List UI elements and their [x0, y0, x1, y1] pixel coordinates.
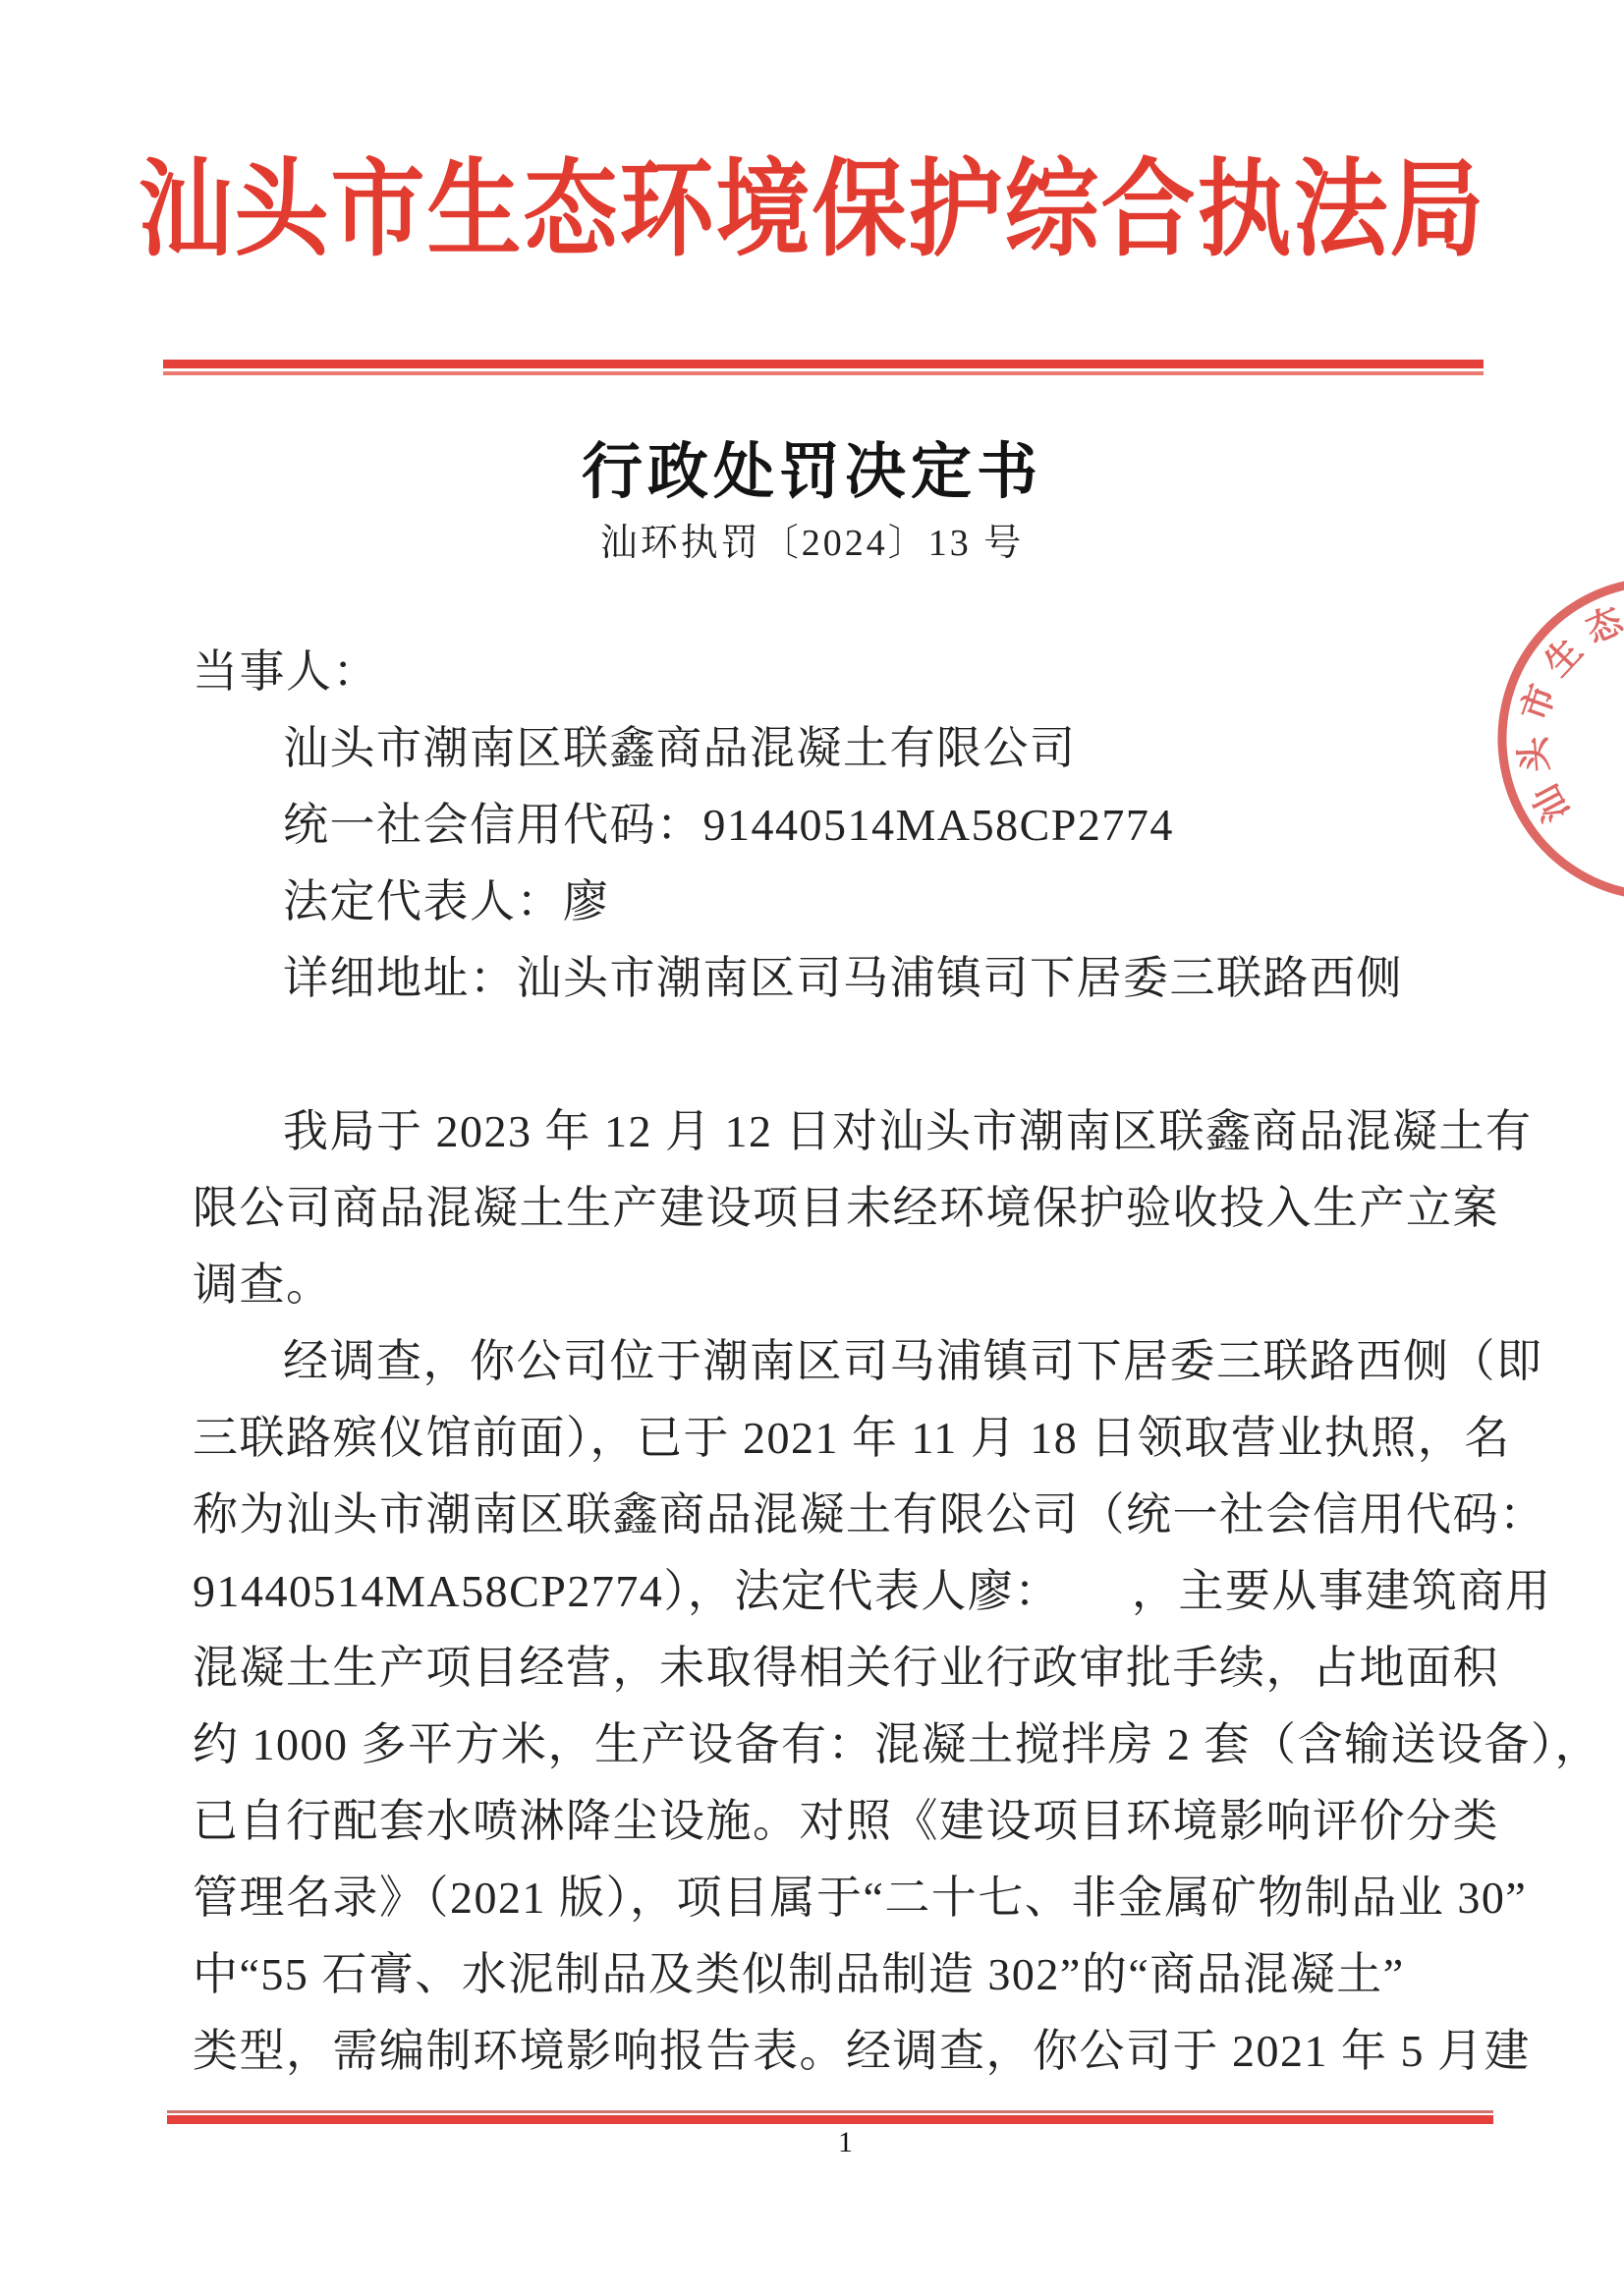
document-number: 汕环执罚〔2024〕13 号 [0, 512, 1624, 566]
page-number: 1 [838, 2126, 853, 2159]
body-line: 三联路殡仪馆前面），已于 2021 年 11 月 18 日领取营业执照，名 [193, 1400, 1487, 1477]
party-address: 详细地址：汕头市潮南区司马浦镇司下居委三联路西侧 [193, 940, 1487, 1017]
letterhead-divider-rule [163, 360, 1484, 375]
blank-line [193, 1017, 1487, 1093]
body-line: 类型，需编制环境影响报告表。经调查，你公司于 2021 年 5 月建 [193, 2013, 1487, 2090]
footer-divider-rule [167, 2110, 1493, 2124]
body-line: 经调查，你公司位于潮南区司马浦镇司下居委三联路西侧（即 [193, 1323, 1487, 1400]
body-line: 已自行配套水喷淋降尘设施。对照《建设项目环境影响评价分类 [193, 1783, 1487, 1860]
divider-rule-thick [163, 360, 1484, 368]
party-legal-representative: 法定代表人：廖 [193, 864, 1487, 940]
body-line: 调查。 [193, 1247, 1487, 1323]
document-body: 当事人： 汕头市潮南区联鑫商品混凝土有限公司 统一社会信用代码：91440514… [193, 634, 1487, 2090]
party-name: 汕头市潮南区联鑫商品混凝土有限公司 [193, 710, 1487, 787]
footer-rule-thick [167, 2115, 1493, 2124]
body-line: 限公司商品混凝土生产建设项目未经环境保护验收投入生产立案 [193, 1170, 1487, 1247]
party-credit-code: 统一社会信用代码：91440514MA58CP2774 [193, 787, 1487, 864]
body-line: 约 1000 多平方米，生产设备有：混凝土搅拌房 2 套（含输送设备）， [193, 1707, 1487, 1783]
agency-letterhead-title: 汕头市生态环境保护综合执法局 [0, 126, 1624, 276]
body-line: 称为汕头市潮南区联鑫商品混凝土有限公司（统一社会信用代码： [193, 1477, 1487, 1553]
body-line: 91440514MA58CP2774），法定代表人廖： ，主要从事建筑商用 [193, 1553, 1487, 1630]
document-title: 行政处罚决定书 [0, 422, 1624, 510]
body-line: 管理名录》（2021 版），项目属于“二十七、非金属矿物制品业 30” [193, 1860, 1487, 1936]
party-label: 当事人： [193, 634, 1487, 710]
divider-rule-thin [163, 371, 1484, 375]
body-line: 混凝土生产项目经营，未取得相关行业行政审批手续，占地面积 [193, 1630, 1487, 1707]
body-line: 我局于 2023 年 12 月 12 日对汕头市潮南区联鑫商品混凝土有 [193, 1093, 1487, 1170]
body-line: 中“55 石膏、水泥制品及类似制品制造 302”的“商品混凝土” [193, 1936, 1487, 2013]
document-page: 汕头市生态环境保护综合执法局 行政处罚决定书 汕环执罚〔2024〕13 号 当事… [0, 0, 1624, 2295]
